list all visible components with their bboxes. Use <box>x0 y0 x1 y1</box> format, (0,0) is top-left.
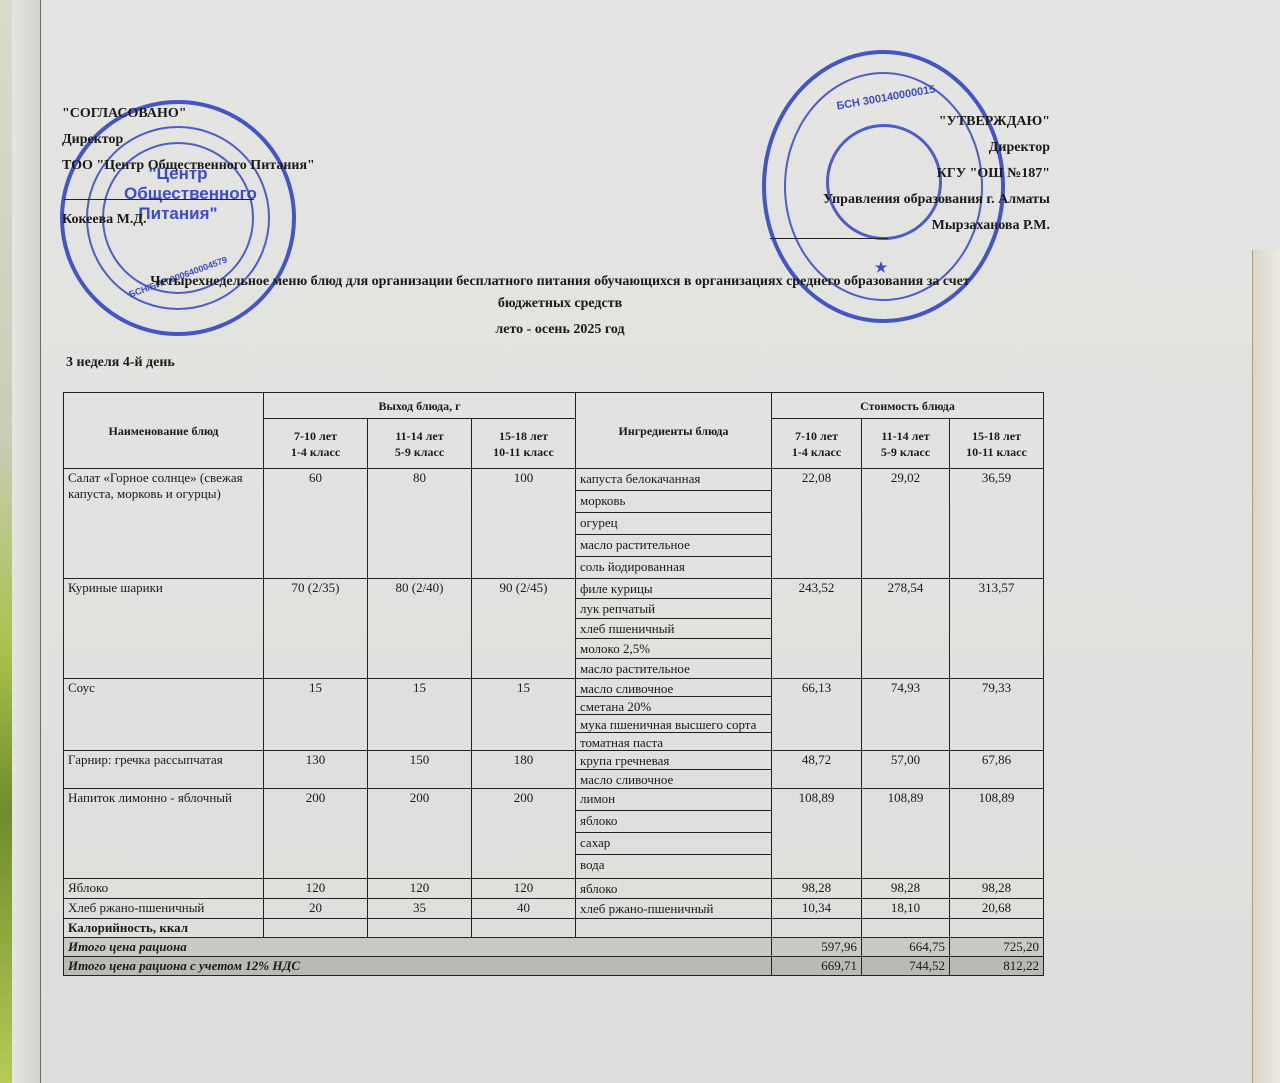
dish-name: Салат «Горное солнце» (свежая капуста, м… <box>64 469 264 579</box>
dish-cost: 79,33 <box>950 679 1044 751</box>
dish-yield: 60 <box>264 469 368 579</box>
left-signature-line <box>64 199 254 200</box>
ingredient: масло сливочное <box>576 679 771 697</box>
dish-yield: 80 <box>368 469 472 579</box>
dish-name: Соус <box>64 679 264 751</box>
ingredient: яблоко <box>576 811 771 833</box>
dish-name: Напиток лимонно - яблочный <box>64 789 264 879</box>
dish-cost: 98,28 <box>772 879 862 899</box>
dish-cost: 74,93 <box>862 679 950 751</box>
total-vat-row-value: 744,52 <box>862 957 950 976</box>
yield-age-group-1: 11-14 лет5-9 класс <box>368 419 472 469</box>
empty-cell <box>950 919 1044 938</box>
ingredient: огурец <box>576 513 771 535</box>
title-line-1: Четырехнедельное меню блюд для организац… <box>60 274 1060 296</box>
dish-cost: 108,89 <box>862 789 950 879</box>
document-title: Четырехнедельное меню блюд для организац… <box>60 274 1060 338</box>
table-row: Куриные шарики70 (2/35)80 (2/40)90 (2/45… <box>64 579 1044 679</box>
header-dish-name: Наименование блюд <box>64 393 264 469</box>
menu-table: Наименование блюд Выход блюда, г Ингреди… <box>63 392 1044 976</box>
approval-right: "УТВЕРЖДАЮ" Директор КГУ "ОШ №187" Управ… <box>823 112 1050 242</box>
header-cost: Стоимость блюда <box>772 393 1044 419</box>
title-season: лето - осень 2025 год <box>60 322 1060 338</box>
total-row-value: 597,96 <box>772 938 862 957</box>
total-vat-row: Итого цена рациона с учетом 12% НДС669,7… <box>64 957 1044 976</box>
ingredients-list: крупа гречневаямасло сливочное <box>576 751 772 789</box>
ingredient: сметана 20% <box>576 697 771 715</box>
dish-yield: 200 <box>264 789 368 879</box>
dish-cost: 108,89 <box>950 789 1044 879</box>
ingredient: томатная паста <box>576 733 771 750</box>
ingredient: молоко 2,5% <box>576 639 771 659</box>
table-row: Гарнир: гречка рассыпчатая130150180крупа… <box>64 751 1044 789</box>
ingredient: сахар <box>576 833 771 855</box>
dish-cost: 313,57 <box>950 579 1044 679</box>
approval-left-heading: "СОГЛАСОВАНО" <box>62 104 315 130</box>
ingredient: мука пшеничная высшего сорта <box>576 715 771 733</box>
dish-yield: 120 <box>472 879 576 899</box>
ingredient: морковь <box>576 491 771 513</box>
right-signature-line <box>770 238 888 239</box>
dish-cost: 67,86 <box>950 751 1044 789</box>
approval-left-organization: ТОО "Центр Общественного Питания" <box>62 156 315 182</box>
ingredient: масло растительное <box>576 535 771 557</box>
ingredient: яблоко <box>576 879 771 898</box>
table-row: Салат «Горное солнце» (свежая капуста, м… <box>64 469 1044 579</box>
dish-cost: 20,68 <box>950 899 1044 919</box>
dish-name: Хлеб ржано-пшеничный <box>64 899 264 919</box>
dish-yield: 200 <box>368 789 472 879</box>
dish-cost: 10,34 <box>772 899 862 919</box>
dish-yield: 130 <box>264 751 368 789</box>
empty-cell <box>772 919 862 938</box>
dish-cost: 36,59 <box>950 469 1044 579</box>
total-vat-row-value: 812,22 <box>950 957 1044 976</box>
ingredient: филе курицы <box>576 579 771 599</box>
dish-yield: 90 (2/45) <box>472 579 576 679</box>
week-day-label: 3 неделя 4-й день <box>66 355 175 371</box>
dish-yield: 40 <box>472 899 576 919</box>
dish-yield: 15 <box>368 679 472 751</box>
approval-right-department: Управления образования г. Алматы <box>823 190 1050 216</box>
ingredients-list: яблоко <box>576 879 772 899</box>
ingredient: лимон <box>576 789 771 811</box>
dish-cost: 22,08 <box>772 469 862 579</box>
total-row-value: 664,75 <box>862 938 950 957</box>
ingredient: лук репчатый <box>576 599 771 619</box>
dish-yield: 200 <box>472 789 576 879</box>
header-yield: Выход блюда, г <box>264 393 576 419</box>
dish-yield: 35 <box>368 899 472 919</box>
dish-cost: 243,52 <box>772 579 862 679</box>
empty-cell <box>264 919 368 938</box>
total-row-value: 725,20 <box>950 938 1044 957</box>
cost-age-group-0: 7-10 лет1-4 класс <box>772 419 862 469</box>
empty-cell <box>576 919 772 938</box>
approval-left: "СОГЛАСОВАНО" Директор ТОО "Центр Общест… <box>62 104 315 236</box>
dish-yield: 180 <box>472 751 576 789</box>
table-row: Напиток лимонно - яблочный200200200лимон… <box>64 789 1044 879</box>
table-row: Хлеб ржано-пшеничный203540хлеб ржано-пше… <box>64 899 1044 919</box>
cost-age-group-2: 15-18 лет10-11 класс <box>950 419 1044 469</box>
background-strip <box>12 0 42 1083</box>
dish-yield: 150 <box>368 751 472 789</box>
dish-yield: 15 <box>264 679 368 751</box>
ingredient: вода <box>576 855 771 876</box>
dish-yield: 70 (2/35) <box>264 579 368 679</box>
dish-cost: 108,89 <box>772 789 862 879</box>
calorie-row: Калорийность, ккал <box>64 919 1044 938</box>
total-row: Итого цена рациона597,96664,75725,20 <box>64 938 1044 957</box>
dish-cost: 18,10 <box>862 899 950 919</box>
total-row-label: Итого цена рациона <box>64 938 772 957</box>
dish-cost: 278,54 <box>862 579 950 679</box>
dish-cost: 57,00 <box>862 751 950 789</box>
table-row: Соус151515масло сливочноесметана 20%мука… <box>64 679 1044 751</box>
approval-left-position: Директор <box>62 130 315 156</box>
dish-yield: 15 <box>472 679 576 751</box>
dish-name: Яблоко <box>64 879 264 899</box>
paper-edge <box>1252 250 1280 1083</box>
ingredient: хлеб ржано-пшеничный <box>576 899 771 918</box>
ingredients-list: капуста белокачаннаяморковьогурецмасло р… <box>576 469 772 579</box>
empty-cell <box>862 919 950 938</box>
ingredients-list: филе курицылук репчатыйхлеб пшеничныймол… <box>576 579 772 679</box>
ingredients-list: хлеб ржано-пшеничный <box>576 899 772 919</box>
approval-left-name: Кокеева М.Д. <box>62 210 315 236</box>
header-ingredients: Ингредиенты блюда <box>576 393 772 469</box>
total-vat-row-label: Итого цена рациона с учетом 12% НДС <box>64 957 772 976</box>
ingredient: капуста белокачанная <box>576 469 771 491</box>
dish-cost: 98,28 <box>950 879 1044 899</box>
approval-right-position: Директор <box>823 138 1050 164</box>
ingredients-list: лимоняблокосахарвода <box>576 789 772 879</box>
cost-age-group-1: 11-14 лет5-9 класс <box>862 419 950 469</box>
calorie-label: Калорийность, ккал <box>64 919 264 938</box>
table-row: Яблоко120120120яблоко98,2898,2898,28 <box>64 879 1044 899</box>
dish-yield: 80 (2/40) <box>368 579 472 679</box>
dish-yield: 120 <box>264 879 368 899</box>
ingredient: масло растительное <box>576 659 771 678</box>
dish-yield: 100 <box>472 469 576 579</box>
dish-name: Гарнир: гречка рассыпчатая <box>64 751 264 789</box>
yield-age-group-2: 15-18 лет10-11 класс <box>472 419 576 469</box>
approval-right-organization: КГУ "ОШ №187" <box>823 164 1050 190</box>
dish-yield: 20 <box>264 899 368 919</box>
dish-cost: 98,28 <box>862 879 950 899</box>
approval-right-heading: "УТВЕРЖДАЮ" <box>823 112 1050 138</box>
dish-cost: 29,02 <box>862 469 950 579</box>
ingredients-list: масло сливочноесметана 20%мука пшеничная… <box>576 679 772 751</box>
title-line-2: бюджетных средств <box>60 296 1060 322</box>
dish-cost: 48,72 <box>772 751 862 789</box>
yield-age-group-0: 7-10 лет1-4 класс <box>264 419 368 469</box>
ingredient: масло сливочное <box>576 770 771 788</box>
ingredient: соль йодированная <box>576 557 771 578</box>
empty-cell <box>472 919 576 938</box>
total-vat-row-value: 669,71 <box>772 957 862 976</box>
empty-cell <box>368 919 472 938</box>
dish-cost: 66,13 <box>772 679 862 751</box>
ingredient: крупа гречневая <box>576 751 771 770</box>
ingredient: хлеб пшеничный <box>576 619 771 639</box>
dish-yield: 120 <box>368 879 472 899</box>
dish-name: Куриные шарики <box>64 579 264 679</box>
